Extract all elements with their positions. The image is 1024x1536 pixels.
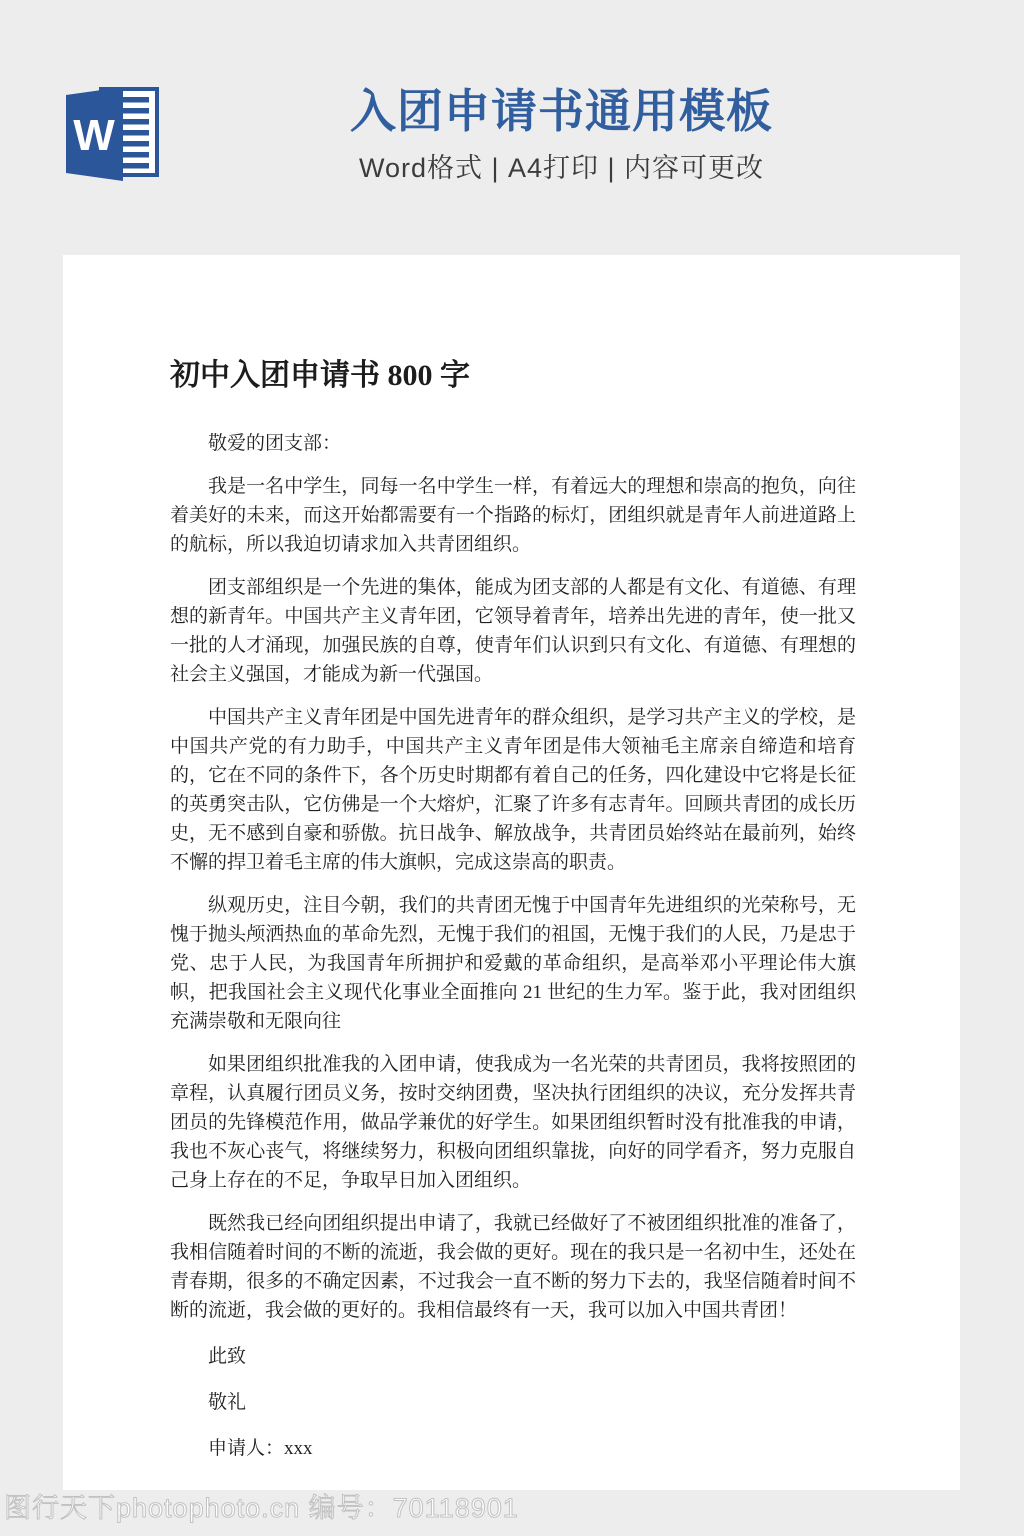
watermark: 图行天下photophoto.cn 编号：70118901 [4,1486,519,1525]
paragraph-4: 纵观历史，注目今朝，我们的共青团无愧于中国青年先进组织的光荣称号，无愧于抛头颅洒… [170,891,856,1036]
word-file-icon: W [63,84,163,184]
template-title: 入团申请书通用模板 [350,84,773,138]
document-title: 初中入团申请书 800 字 [170,355,856,397]
template-preview: W 入团申请书通用模板 Word格式 | A4打印 | 内容可更改 初中入团申请… [0,0,1024,1536]
signature: 申请人：xxx [170,1434,856,1463]
document-page: 初中入团申请书 800 字 敬爱的团支部： 我是一名中学生，同每一名中学生一样，… [63,255,960,1490]
closing-regards: 敬礼 [170,1388,856,1417]
header-text: 入团申请书通用模板 Word格式 | A4打印 | 内容可更改 [163,84,1024,185]
paragraph-1: 我是一名中学生，同每一名中学生一样，有着远大的理想和崇高的抱负，向往着美好的未来… [170,472,856,559]
paragraph-3: 中国共产主义青年团是中国先进青年的群众组织，是学习共产主义的学校，是中国共产党的… [170,703,856,877]
paragraph-5: 如果团组织批准我的入团申请，使我成为一名光荣的共青团员，我将按照团的章程，认真履… [170,1050,856,1195]
template-subtitle: Word格式 | A4打印 | 内容可更改 [359,146,764,185]
header: W 入团申请书通用模板 Word格式 | A4打印 | 内容可更改 [63,83,1024,185]
closing-salute: 此致 [170,1342,856,1371]
svg-text:W: W [73,111,115,160]
salutation: 敬爱的团支部： [170,429,856,458]
paragraph-2: 团支部组织是一个先进的集体，能成为团支部的人都是有文化、有道德、有理想的新青年。… [170,573,856,689]
paragraph-6: 既然我已经向团组织提出申请了，我就已经做好了不被团组织批准的准备了，我相信随着时… [170,1209,856,1325]
